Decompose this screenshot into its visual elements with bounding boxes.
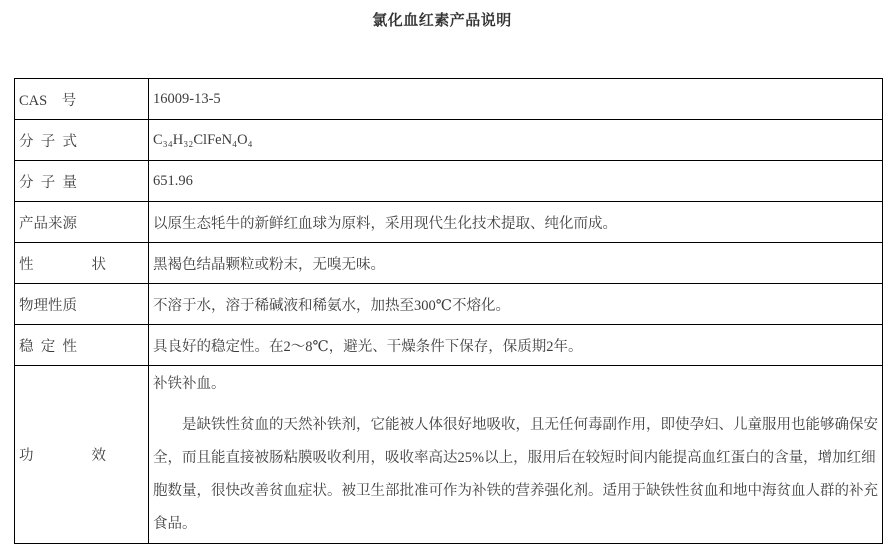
row-label: 性 状 xyxy=(15,243,149,284)
row-label: 分 子 量 xyxy=(15,161,149,202)
product-spec-page: 氯化血红素产品说明 CAS 号 16009-13-5 分 子 式 C₃₄H₃₂C… xyxy=(0,0,884,548)
row-value: 具良好的稳定性。在2～8℃，避光、干燥条件下保存，保质期2年。 xyxy=(149,325,883,366)
efficacy-paragraph: 是缺铁性贫血的天然补铁剂，它能被人体很好地吸收，且无任何毒副作用，即使孕妇、儿童… xyxy=(153,409,878,541)
table-row-physical-properties: 物理性质 不溶于水，溶于稀碱液和稀氨水，加热至300℃不熔化。 xyxy=(15,284,883,325)
table-row-cas: CAS 号 16009-13-5 xyxy=(15,79,883,120)
row-value: 16009-13-5 xyxy=(149,79,883,120)
efficacy-paragraph: 补铁补血。 xyxy=(153,368,878,401)
row-value: 不溶于水，溶于稀碱液和稀氨水，加热至300℃不熔化。 xyxy=(149,284,883,325)
row-value: 补铁补血。 是缺铁性贫血的天然补铁剂，它能被人体很好地吸收，且无任何毒副作用，即… xyxy=(149,366,883,544)
row-value: 以原生态牦牛的新鲜红血球为原料，采用现代生化技术提取、纯化而成。 xyxy=(149,202,883,243)
row-label: CAS 号 xyxy=(15,79,149,120)
row-label: 产品来源 xyxy=(15,202,149,243)
table-row-source: 产品来源 以原生态牦牛的新鲜红血球为原料，采用现代生化技术提取、纯化而成。 xyxy=(15,202,883,243)
row-label: 物理性质 xyxy=(15,284,149,325)
spec-table: CAS 号 16009-13-5 分 子 式 C₃₄H₃₂ClFeN₄O₄ 分 … xyxy=(14,78,883,544)
table-row-stability: 稳 定 性 具良好的稳定性。在2～8℃，避光、干燥条件下保存，保质期2年。 xyxy=(15,325,883,366)
row-label: 功 效 xyxy=(15,366,149,544)
table-row-efficacy: 功 效 补铁补血。 是缺铁性贫血的天然补铁剂，它能被人体很好地吸收，且无任何毒副… xyxy=(15,366,883,544)
row-value: 黑褐色结晶颗粒或粉末，无嗅无味。 xyxy=(149,243,883,284)
row-label: 分 子 式 xyxy=(15,120,149,161)
row-value: C₃₄H₃₂ClFeN₄O₄ xyxy=(149,120,883,161)
row-label: 稳 定 性 xyxy=(15,325,149,366)
table-row-appearance: 性 状 黑褐色结晶颗粒或粉末，无嗅无味。 xyxy=(15,243,883,284)
table-row-molecular-weight: 分 子 量 651.96 xyxy=(15,161,883,202)
table-row-formula: 分 子 式 C₃₄H₃₂ClFeN₄O₄ xyxy=(15,120,883,161)
page-title: 氯化血红素产品说明 xyxy=(0,9,884,30)
row-value: 651.96 xyxy=(149,161,883,202)
